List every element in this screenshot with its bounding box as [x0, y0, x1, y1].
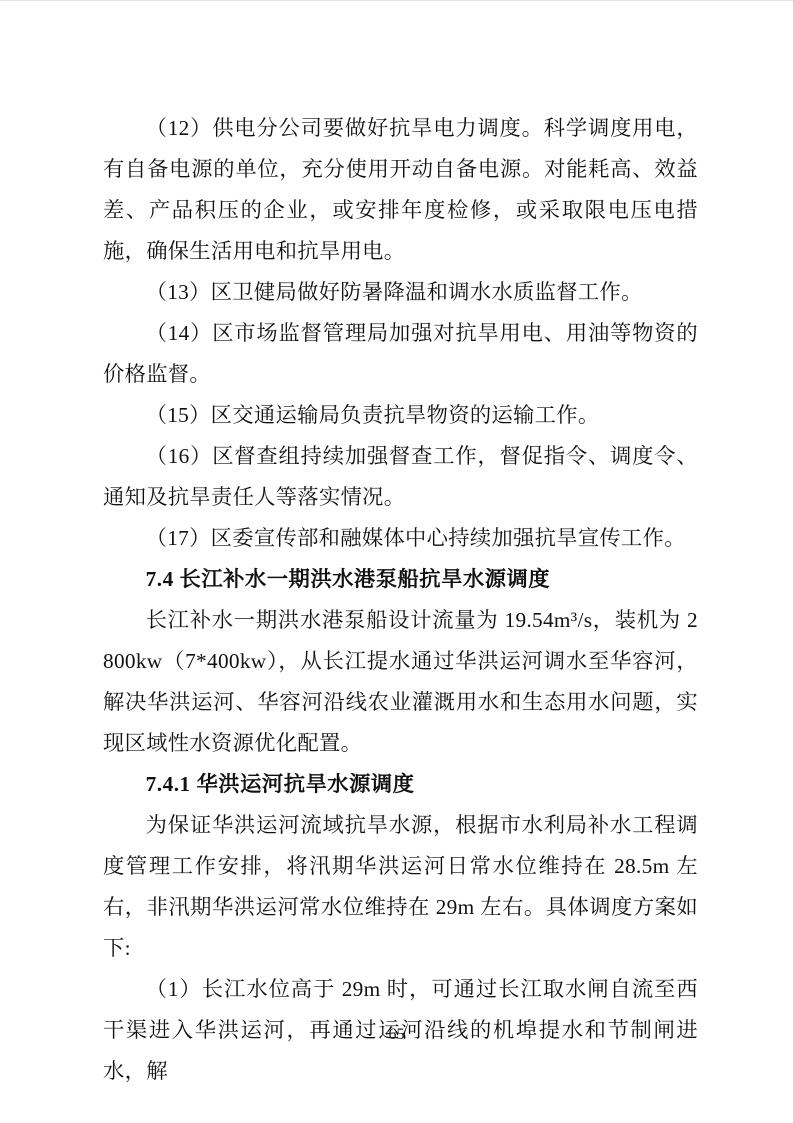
- page-number: 65: [0, 1023, 793, 1047]
- document-page: （12）供电分公司要做好抗旱电力调度。科学调度用电，有自备电源的单位，充分使用开…: [0, 0, 793, 1123]
- paragraph: （13）区卫健局做好防暑降温和调水水质监督工作。: [103, 272, 698, 313]
- paragraph: （15）区交通运输局负责抗旱物资的运输工作。: [103, 395, 698, 436]
- paragraph: （16）区督查组持续加强督查工作，督促指令、调度令、通知及抗旱责任人等落实情况。: [103, 436, 698, 518]
- paragraph: （12）供电分公司要做好抗旱电力调度。科学调度用电，有自备电源的单位，充分使用开…: [103, 108, 698, 272]
- paragraph: 为保证华洪运河流域抗旱水源，根据市水利局补水工程调度管理工作安排，将汛期华洪运河…: [103, 805, 698, 969]
- document-body: （12）供电分公司要做好抗旱电力调度。科学调度用电，有自备电源的单位，充分使用开…: [103, 108, 698, 1092]
- section-heading: 7.4.1 华洪运河抗旱水源调度: [103, 764, 698, 805]
- paragraph: 长江补水一期洪水港泵船设计流量为 19.54m³/s，装机为 2800kw（7*…: [103, 600, 698, 764]
- paragraph: （14）区市场监督管理局加强对抗旱用电、用油等物资的价格监督。: [103, 313, 698, 395]
- paragraph: （17）区委宣传部和融媒体中心持续加强抗旱宣传工作。: [103, 518, 698, 559]
- section-heading: 7.4 长江补水一期洪水港泵船抗旱水源调度: [103, 559, 698, 600]
